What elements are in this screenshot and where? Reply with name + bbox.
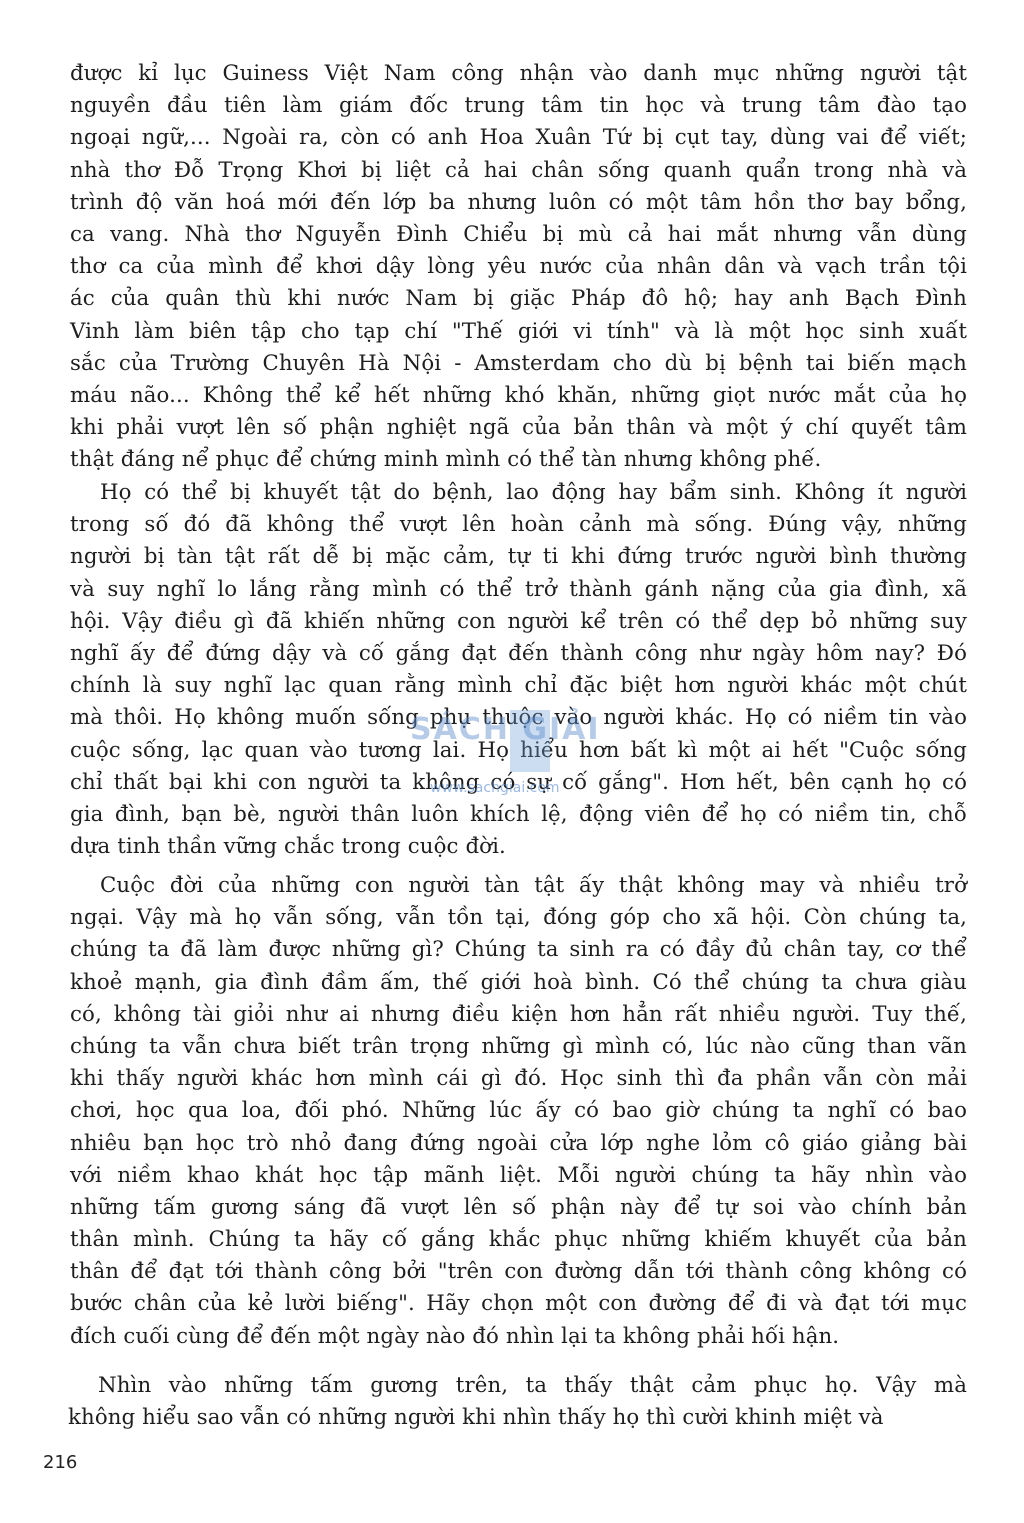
text-line: chúng ta vẫn chưa biết trân trọng những … — [70, 1031, 967, 1063]
text-line: khi thấy người khác hơn mình cái gì đó. … — [70, 1063, 967, 1095]
text-line: Nhìn vào những tấm gương trên, ta thấy t… — [68, 1370, 967, 1402]
text-line: trong số đó đã không thể vượt lên hoàn c… — [70, 509, 967, 541]
text-line: nhà thơ Đỗ Trọng Khơi bị liệt cả hai châ… — [70, 155, 967, 187]
text-line: trình độ văn hoá mới đến lớp ba nhưng lu… — [70, 187, 967, 219]
paragraph-4: Nhìn vào những tấm gương trên, ta thấy t… — [68, 1370, 967, 1434]
text-line: khoẻ mạnh, gia đình đầm ấm, thế giới hoà… — [70, 967, 967, 999]
text-line: thật đáng nể phục để chứng minh mình có … — [70, 444, 967, 476]
text-line: thân để đạt tới thành công bởi "trên con… — [70, 1256, 967, 1288]
text-line: người bị tàn tật rất dễ bị mặc cảm, tự t… — [70, 541, 967, 573]
text-line: sắc của Trường Chuyên Hà Nội - Amsterdam… — [70, 348, 967, 380]
text-line: với niềm khao khát học tập mãnh liệt. Mỗ… — [70, 1160, 967, 1192]
text-line: gia đình, bạn bè, người thân luôn khích … — [70, 799, 967, 831]
page-number: 216 — [43, 1452, 77, 1473]
text-line: và suy nghĩ lo lắng rằng mình có thể trở… — [70, 574, 967, 606]
text-line: có, không tài giỏi như ai nhưng điều kiệ… — [70, 999, 967, 1031]
text-line: thơ ca của mình để khơi dậy lòng yêu nướ… — [70, 251, 967, 283]
text-line: khi phải vượt lên số phận nghiệt ngã của… — [70, 412, 967, 444]
text-line: ác của quân thù khi nước Nam bị giặc Phá… — [70, 283, 967, 315]
text-line: Họ có thể bị khuyết tật do bệnh, lao độn… — [70, 477, 967, 509]
text-line: chúng ta đã làm được những gì? Chúng ta … — [70, 934, 967, 966]
text-line: mà thôi. Họ không muốn sống phụ thuộc và… — [70, 702, 967, 734]
text-line: Cuộc đời của những con người tàn tật ấy … — [70, 870, 967, 902]
text-line: nhiêu bạn học trò nhỏ đang đứng ngoài cử… — [70, 1128, 967, 1160]
text-line: ngại. Vậy mà họ vẫn sống, vẫn tồn tại, đ… — [70, 902, 967, 934]
text-line: nguyền đầu tiên làm giám đốc trung tâm t… — [70, 90, 967, 122]
text-line: hội. Vậy điều gì đã khiến những con ngườ… — [70, 606, 967, 638]
text-line: không hiểu sao vẫn có những người khi nh… — [68, 1402, 967, 1434]
text-line: chỉ thất bại khi con người ta không có s… — [70, 767, 967, 799]
text-line: bước chân của kẻ lười biếng". Hãy chọn m… — [70, 1288, 967, 1320]
text-line: chính là suy nghĩ lạc quan rằng mình chỉ… — [70, 670, 967, 702]
text-line: chơi, học qua loa, đối phó. Những lúc ấy… — [70, 1095, 967, 1127]
text-line: đích cuối cùng để đến một ngày nào đó nh… — [70, 1321, 967, 1353]
text-line: cuộc sống, lạc quan vào tương lai. Họ hi… — [70, 735, 967, 767]
text-line: Vinh làm biên tập cho tạp chí "Thế giới … — [70, 316, 967, 348]
paragraph-3: Cuộc đời của những con người tàn tật ấy … — [70, 870, 967, 1353]
text-line: được kỉ lục Guiness Việt Nam công nhận v… — [70, 58, 967, 90]
paragraph-1: được kỉ lục Guiness Việt Nam công nhận v… — [70, 58, 967, 476]
text-line: thân mình. Chúng ta hãy cố gắng khắc phụ… — [70, 1224, 967, 1256]
text-line: ngoại ngữ,... Ngoài ra, còn có anh Hoa X… — [70, 122, 967, 154]
text-line: máu não... Không thể kể hết những khó kh… — [70, 380, 967, 412]
text-line: dựa tinh thần vững chắc trong cuộc đời. — [70, 831, 967, 863]
text-line: nghĩ ấy để đứng dậy và cố gắng đạt đến t… — [70, 638, 967, 670]
paragraph-2: Họ có thể bị khuyết tật do bệnh, lao độn… — [70, 477, 967, 863]
text-line: ca vang. Nhà thơ Nguyễn Đình Chiểu bị mù… — [70, 219, 967, 251]
text-line: những tấm gương sáng đã vượt lên số phận… — [70, 1192, 967, 1224]
